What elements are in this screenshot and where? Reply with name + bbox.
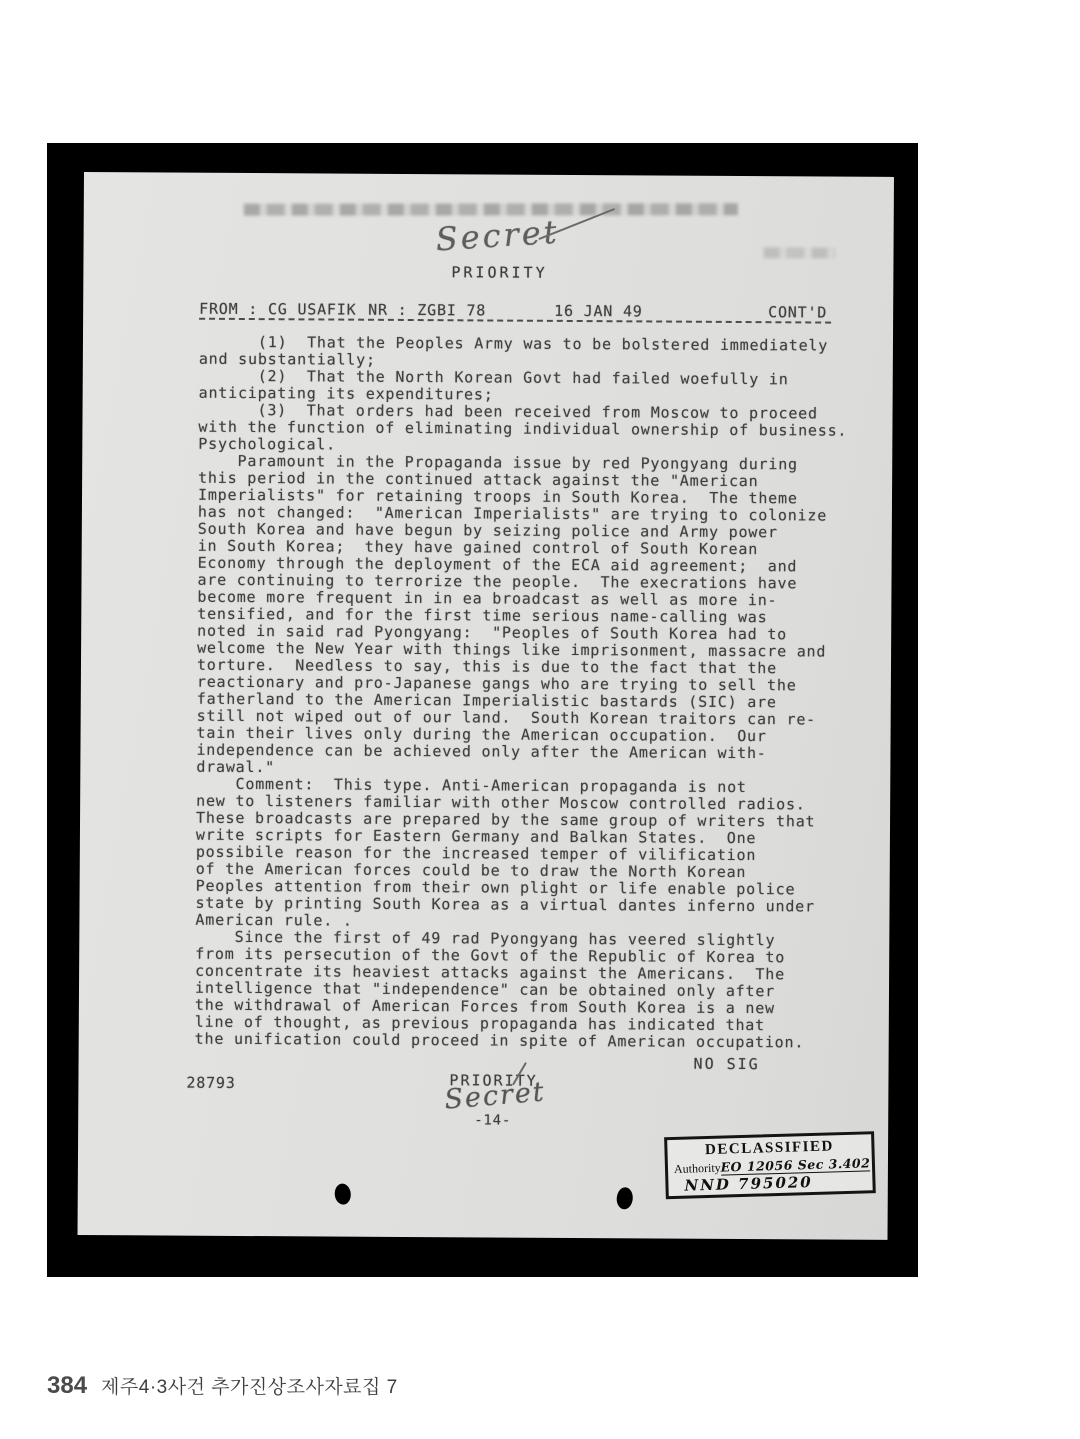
declassified-stamp: DECLASSIFIED AuthorityEO 12056 Sec 3.402…	[664, 1131, 876, 1199]
scanner-black-background: Secret PRIORITY FROM : CG USAFIK NR : ZG…	[47, 143, 918, 1277]
serial-number: 28793	[186, 1074, 235, 1092]
document-page: Secret PRIORITY FROM : CG USAFIK NR : ZG…	[78, 172, 894, 1240]
priority-heading: PRIORITY	[451, 263, 547, 282]
message-header-line: FROM : CG USAFIK NR : ZGBI 78 16 JAN 49 …	[199, 300, 831, 324]
stamp-authority-label: Authority	[674, 1161, 721, 1176]
page-number: -14-	[474, 1112, 511, 1128]
faded-text-smudge	[244, 203, 738, 215]
punch-hole-left	[334, 1183, 352, 1205]
no-sig-label: NO SIG	[694, 1055, 760, 1073]
page-background: Secret PRIORITY FROM : CG USAFIK NR : ZG…	[0, 0, 1080, 1439]
caption-page-number: 384	[47, 1372, 87, 1400]
message-number-field: NR : ZGBI 78	[368, 301, 486, 320]
faint-mark	[763, 247, 835, 258]
punch-hole-right	[616, 1187, 634, 1210]
from-field: FROM : CG USAFIK	[199, 300, 356, 319]
caption-title: 제주4·3사건 추가진상조사자료집 7	[101, 1372, 398, 1399]
book-caption: 384 제주4·3사건 추가진상조사자료집 7	[47, 1372, 398, 1400]
continued-field: CONT'D	[768, 303, 827, 321]
document-body: (1) That the Peoples Army was to be bols…	[195, 334, 875, 1052]
date-field: 16 JAN 49	[554, 302, 643, 321]
body-line: the unification could proceed in spite o…	[195, 1031, 871, 1052]
stamp-nnd-number: NND 795020	[684, 1171, 866, 1194]
